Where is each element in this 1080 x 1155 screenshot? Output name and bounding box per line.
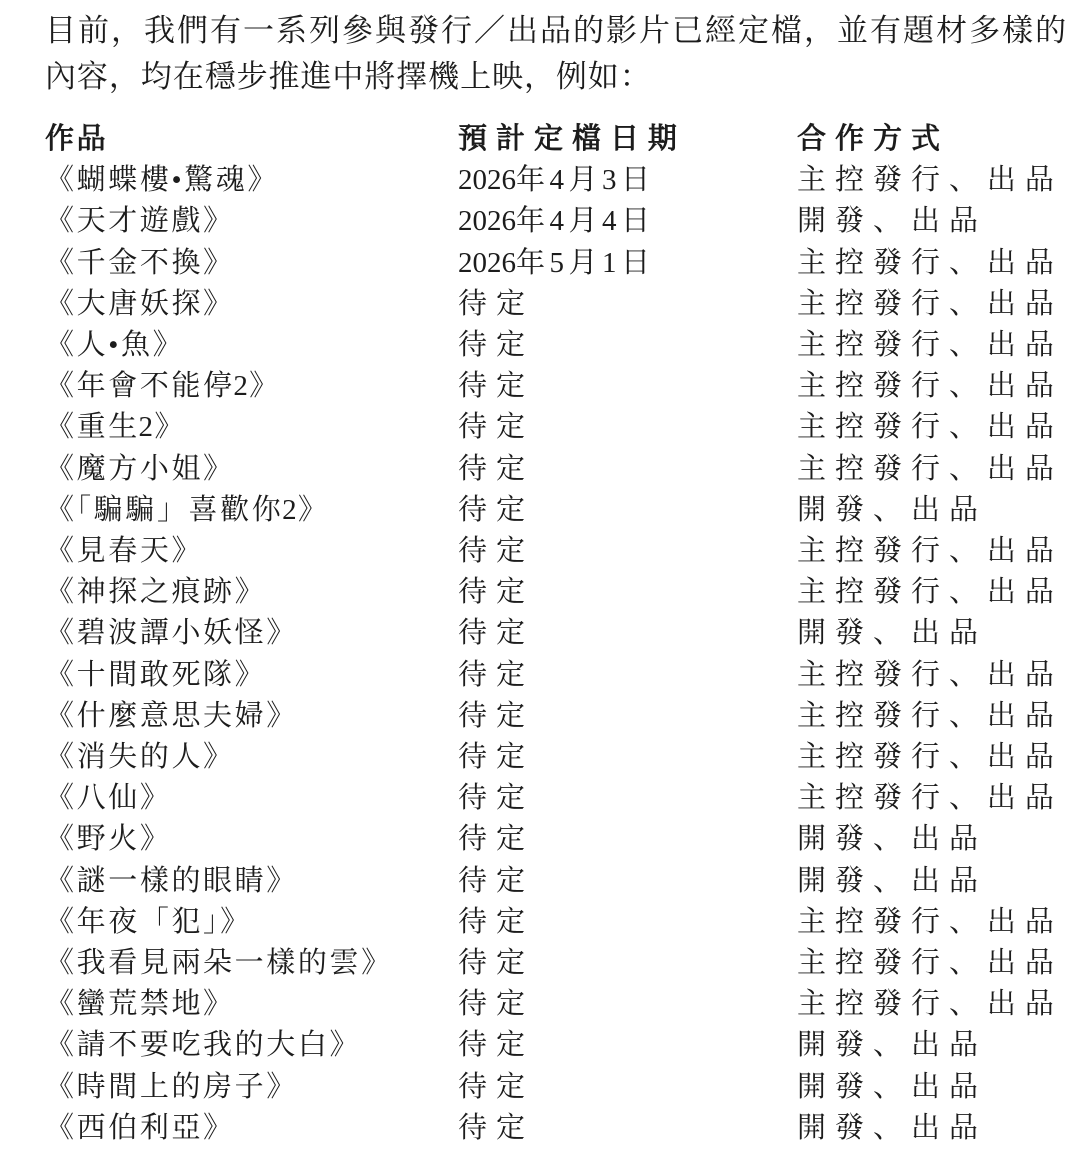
release-date: 待定 [458, 902, 797, 943]
intro-paragraph: 目前，我們有一系列參與發行／出品的影片已經定檔，並有題材多樣的 內容，均在穩步推… [45, 8, 1067, 100]
cooperation-mode: 主控發行、出品 [797, 984, 1080, 1025]
table-row: 《天才遊戲》2026年4月4日開發、出品 [45, 201, 1080, 242]
intro-line-2: 內容，均在穩步推進中將擇機上映，例如： [45, 54, 1067, 100]
release-date: 2026年5月1日 [458, 243, 797, 284]
table-row: 《謎一樣的眼睛》待定開發、出品 [45, 861, 1080, 902]
cooperation-mode: 主控發行、出品 [797, 160, 1080, 201]
film-title: 《大唐妖探》 [45, 284, 458, 325]
cooperation-mode: 主控發行、出品 [797, 572, 1080, 613]
release-date: 待定 [458, 449, 797, 490]
release-date: 待定 [458, 325, 797, 366]
column-header-release-date: 預計定檔日期 [458, 119, 797, 160]
release-date: 待定 [458, 819, 797, 860]
film-title: 《什麼意思夫婦》 [45, 696, 458, 737]
film-title: 《碧波譚小妖怪》 [45, 613, 458, 654]
release-date: 待定 [458, 284, 797, 325]
release-date: 2026年4月3日 [458, 160, 797, 201]
film-title: 《我看見兩朵一樣的雲》 [45, 943, 458, 984]
table-row: 《野火》待定開發、出品 [45, 819, 1080, 860]
cooperation-mode: 開發、出品 [797, 613, 1080, 654]
release-date: 待定 [458, 696, 797, 737]
film-title: 《「騙騙」喜歡你2》 [45, 490, 458, 531]
cooperation-mode: 開發、出品 [797, 1067, 1080, 1108]
table-row: 《時間上的房子》待定開發、出品 [45, 1067, 1080, 1108]
film-title: 《十間敢死隊》 [45, 655, 458, 696]
table-row: 《見春天》待定主控發行、出品 [45, 531, 1080, 572]
film-title: 《蝴蝶樓•驚魂》 [45, 160, 458, 201]
release-date: 待定 [458, 531, 797, 572]
table-row: 《八仙》待定主控發行、出品 [45, 778, 1080, 819]
release-date: 待定 [458, 613, 797, 654]
release-date: 待定 [458, 943, 797, 984]
cooperation-mode: 主控發行、出品 [797, 696, 1080, 737]
film-title: 《年夜「犯」》 [45, 902, 458, 943]
table-row: 《千金不換》2026年5月1日主控發行、出品 [45, 243, 1080, 284]
cooperation-mode: 主控發行、出品 [797, 778, 1080, 819]
cooperation-mode: 主控發行、出品 [797, 531, 1080, 572]
cooperation-mode: 主控發行、出品 [797, 407, 1080, 448]
film-title: 《蠻荒禁地》 [45, 984, 458, 1025]
cooperation-mode: 主控發行、出品 [797, 243, 1080, 284]
column-header-cooperation-mode: 合作方式 [797, 119, 1080, 160]
cooperation-mode: 主控發行、出品 [797, 902, 1080, 943]
cooperation-mode: 開發、出品 [797, 1108, 1080, 1149]
release-date: 待定 [458, 778, 797, 819]
table-row: 《十間敢死隊》待定主控發行、出品 [45, 655, 1080, 696]
release-date: 待定 [458, 572, 797, 613]
cooperation-mode: 主控發行、出品 [797, 284, 1080, 325]
table-row: 《消失的人》待定主控發行、出品 [45, 737, 1080, 778]
table-row: 《我看見兩朵一樣的雲》待定主控發行、出品 [45, 943, 1080, 984]
cooperation-mode: 開發、出品 [797, 861, 1080, 902]
table-row: 《蠻荒禁地》待定主控發行、出品 [45, 984, 1080, 1025]
film-title: 《人•魚》 [45, 325, 458, 366]
cooperation-mode: 主控發行、出品 [797, 366, 1080, 407]
film-title: 《西伯利亞》 [45, 1108, 458, 1149]
cooperation-mode: 主控發行、出品 [797, 737, 1080, 778]
cooperation-mode: 主控發行、出品 [797, 943, 1080, 984]
table-header-row: 作品 預計定檔日期 合作方式 [45, 119, 1080, 160]
release-date: 待定 [458, 407, 797, 448]
release-date: 待定 [458, 655, 797, 696]
film-title: 《消失的人》 [45, 737, 458, 778]
film-title: 《神探之痕跡》 [45, 572, 458, 613]
table-row: 《西伯利亞》待定開發、出品 [45, 1108, 1080, 1149]
cooperation-mode: 開發、出品 [797, 1025, 1080, 1066]
film-title: 《魔方小姐》 [45, 449, 458, 490]
film-title: 《請不要吃我的大白》 [45, 1025, 458, 1066]
table-row: 《「騙騙」喜歡你2》待定開發、出品 [45, 490, 1080, 531]
cooperation-mode: 主控發行、出品 [797, 449, 1080, 490]
release-date: 待定 [458, 1108, 797, 1149]
release-date: 待定 [458, 1067, 797, 1108]
table-row: 《重生2》待定主控發行、出品 [45, 407, 1080, 448]
table-row: 《碧波譚小妖怪》待定開發、出品 [45, 613, 1080, 654]
table-row: 《大唐妖探》待定主控發行、出品 [45, 284, 1080, 325]
release-date: 待定 [458, 737, 797, 778]
cooperation-mode: 主控發行、出品 [797, 655, 1080, 696]
table-row: 《魔方小姐》待定主控發行、出品 [45, 449, 1080, 490]
table-row: 《請不要吃我的大白》待定開發、出品 [45, 1025, 1080, 1066]
film-title: 《謎一樣的眼睛》 [45, 861, 458, 902]
release-date: 待定 [458, 1025, 797, 1066]
film-title: 《年會不能停2》 [45, 366, 458, 407]
table-row: 《蝴蝶樓•驚魂》2026年4月3日主控發行、出品 [45, 160, 1080, 201]
cooperation-mode: 開發、出品 [797, 201, 1080, 242]
release-date: 待定 [458, 490, 797, 531]
cooperation-mode: 主控發行、出品 [797, 325, 1080, 366]
table-row: 《人•魚》待定主控發行、出品 [45, 325, 1080, 366]
film-title: 《見春天》 [45, 531, 458, 572]
table-row: 《年會不能停2》待定主控發行、出品 [45, 366, 1080, 407]
film-title: 《天才遊戲》 [45, 201, 458, 242]
document-page: 目前，我們有一系列參與發行／出品的影片已經定檔，並有題材多樣的 內容，均在穩步推… [0, 0, 1080, 1155]
release-date: 待定 [458, 861, 797, 902]
film-title: 《時間上的房子》 [45, 1067, 458, 1108]
table-row: 《什麼意思夫婦》待定主控發行、出品 [45, 696, 1080, 737]
cooperation-mode: 開發、出品 [797, 819, 1080, 860]
film-title: 《八仙》 [45, 778, 458, 819]
table-row: 《年夜「犯」》待定主控發行、出品 [45, 902, 1080, 943]
column-header-title: 作品 [45, 119, 458, 160]
films-table: 作品 預計定檔日期 合作方式 《蝴蝶樓•驚魂》2026年4月3日主控發行、出品《… [45, 119, 1080, 1149]
release-date: 2026年4月4日 [458, 201, 797, 242]
film-title: 《野火》 [45, 819, 458, 860]
film-title: 《千金不換》 [45, 243, 458, 284]
cooperation-mode: 開發、出品 [797, 490, 1080, 531]
release-date: 待定 [458, 366, 797, 407]
release-date: 待定 [458, 984, 797, 1025]
films-table-body: 《蝴蝶樓•驚魂》2026年4月3日主控發行、出品《天才遊戲》2026年4月4日開… [45, 160, 1080, 1149]
intro-line-1: 目前，我們有一系列參與發行／出品的影片已經定檔，並有題材多樣的 [45, 8, 1067, 54]
table-row: 《神探之痕跡》待定主控發行、出品 [45, 572, 1080, 613]
film-title: 《重生2》 [45, 407, 458, 448]
